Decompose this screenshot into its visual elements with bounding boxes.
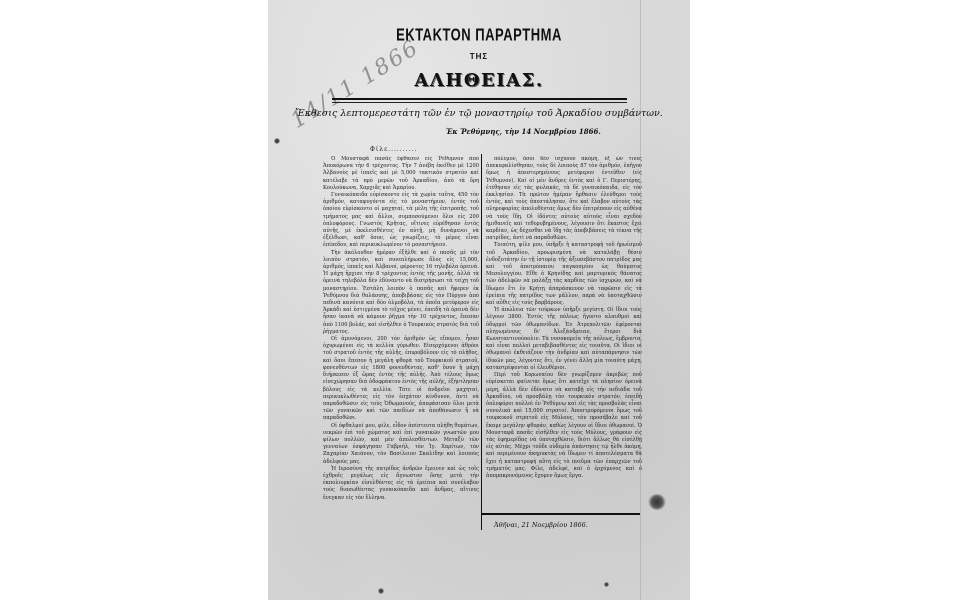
- salutation: Φίλε..........: [370, 146, 417, 153]
- paragraph: Τοιαύτη, φίλε μου, ὑπῆρξε ἡ καταστροφὴ τ…: [486, 242, 642, 307]
- ink-stain: [604, 582, 609, 587]
- newspaper-page: 14/11 1866 ΕΚΤΑΚΤΟΝ ΠΑΡΑΡΤΗΜΑ ΤΗΣ ΑΛΗΘΕΙ…: [268, 0, 690, 600]
- paragraph: Ἡ Ιεροσύνη τῆς πατρίδος ἀνδρῶν ἔμεινεν κ…: [323, 466, 479, 502]
- paragraph: Τὴν ἀκόλουθον ἡμέραν ἐξῆλθε καὶ ὁ πασᾶς …: [323, 250, 479, 336]
- closing-rule: [482, 513, 640, 515]
- paragraph: Περὶ τοῦ Κορωναίου δὲν γνωρίζομεν ἀκριβῶ…: [486, 372, 642, 478]
- article-dateline: Ἐκ Ῥεθύμνης, τὴν 14 Νοεμβρίου 1866.: [446, 127, 601, 136]
- ink-stain: [648, 494, 666, 510]
- paragraph: Ἡ ἀπώλεια τῶν τούρκων ὑπῆρξε μεγίστη. Οἱ…: [486, 307, 642, 372]
- paragraph: Οἱ ὀφθαλμοί μου, φίλε, εἶδον ἀπίστευτα π…: [323, 423, 479, 466]
- masthead-rule-thin: [332, 102, 627, 103]
- column-left: Ὁ Μουσταφᾶ πασᾶς ἔφθασεν εἰς Ῥέθυμνον ἀπ…: [323, 156, 479, 526]
- masthead-newspaper-name: ΑΛΗΘΕΙΑΣ.: [268, 70, 690, 91]
- ink-stain: [274, 138, 280, 144]
- masthead-line-2: ΤΗΣ: [268, 52, 690, 61]
- article-subtitle: Ἔκθεσις λεπτομερεστάτη τῶν ἐν τῷ μοναστη…: [268, 108, 690, 119]
- paragraph: Οἱ ἀμυνόμενοι, 200 τὸν ἀριθμὸν ὡς εἴπομε…: [323, 336, 479, 422]
- ink-stain: [378, 588, 384, 594]
- masthead-rule: [332, 98, 627, 100]
- paragraph: Γυναικόπαιδα εὑρίσκοντο εἰς τὰ χωρία ταῦ…: [323, 192, 479, 250]
- column-right: πόλεμον, ὅσοι δὲν ἰσχύουν ἀκόμη, ἐξ ὧν τ…: [486, 156, 642, 478]
- paragraph: πόλεμον, ὅσοι δὲν ἰσχύουν ἀκόμη, ἐξ ὧν τ…: [486, 156, 642, 242]
- closing-dateline: Ἀθῆναι, 21 Νοεμβρίου 1866.: [494, 521, 588, 529]
- paragraph: Ὁ Μουσταφᾶ πασᾶς ἔφθασεν εἰς Ῥέθυμνον ἀπ…: [323, 156, 479, 192]
- column-divider: [481, 154, 482, 530]
- masthead-line-1: ΕΚΤΑΚΤΟΝ ΠΑΡΑΡΤΗΜΑ: [268, 24, 690, 44]
